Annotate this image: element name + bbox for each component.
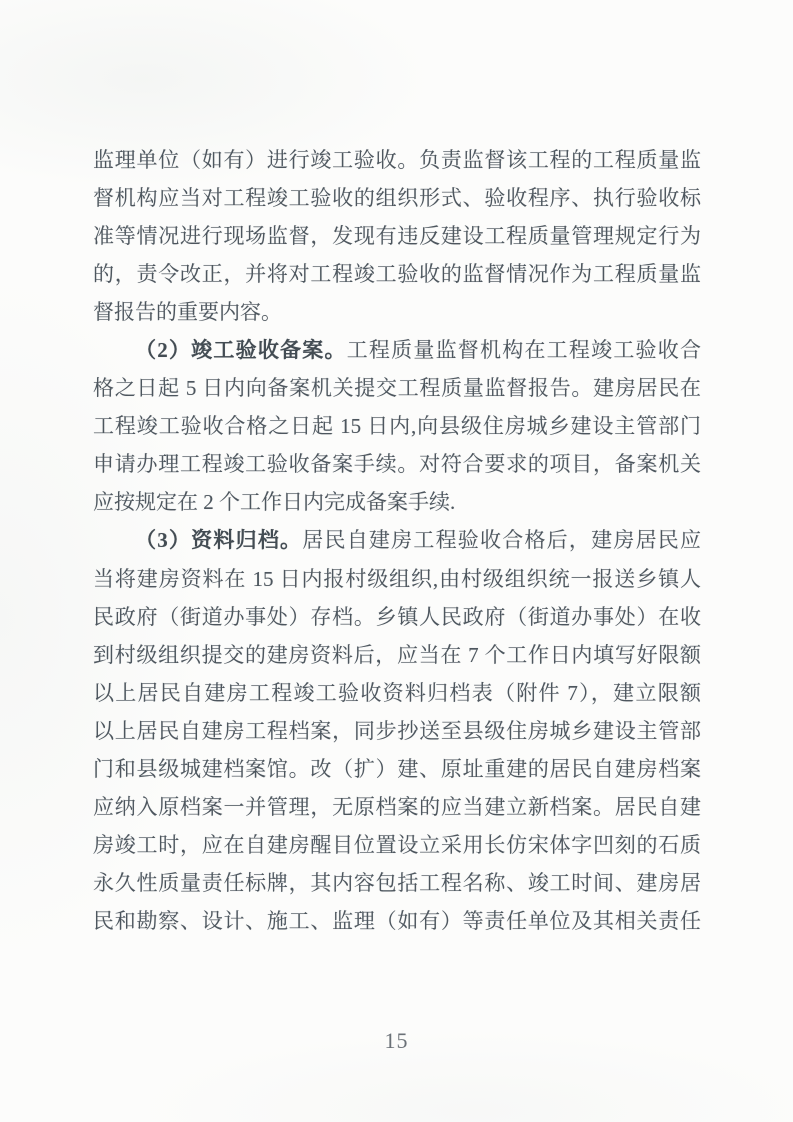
text-line: （2）竣工验收备案。工程质量监督机构在工程竣工验收合 xyxy=(93,331,701,369)
text-line: 民和勘察、设计、施工、监理（如有）等责任单位及其相关责任 xyxy=(93,902,701,940)
text-line: 监理单位（如有）进行竣工验收。负责监督该工程的工程质量监 xyxy=(93,141,701,179)
text-line: 到村级组织提交的建房资料后，应当在 7 个工作日内填写好限额 xyxy=(93,636,701,674)
text-line: 督报告的重要内容。 xyxy=(93,293,701,331)
body-text: 监理单位（如有）进行竣工验收。负责监督该工程的工程质量监督机构应当对工程竣工验收… xyxy=(93,141,701,940)
text-line: 应纳入原档案一并管理，无原档案的应当建立新档案。居民自建 xyxy=(93,788,701,826)
text-line: 当将建房资料在 15 日内报村级组织,由村级组织统一报送乡镇人 xyxy=(93,560,701,598)
text-line: 的，责令改正，并将对工程竣工验收的监督情况作为工程质量监 xyxy=(93,255,701,293)
text-line: （3）资料归档。居民自建房工程验收合格后，建房居民应 xyxy=(93,521,701,559)
paragraph-heading: （3）资料归档。 xyxy=(135,528,302,552)
paragraph-heading: （2）竣工验收备案。 xyxy=(135,338,347,362)
text-line: 民政府（街道办事处）存档。乡镇人民政府（街道办事处）在收 xyxy=(93,598,701,636)
text-line: 房竣工时，应在自建房醒目位置设立采用长仿宋体字凹刻的石质 xyxy=(93,826,701,864)
text-line: 以上居民自建房工程档案，同步抄送至县级住房城乡建设主管部 xyxy=(93,712,701,750)
text-line: 门和县级城建档案馆。改（扩）建、原址重建的居民自建房档案 xyxy=(93,750,701,788)
text-line: 申请办理工程竣工验收备案手续。对符合要求的项目，备案机关 xyxy=(93,445,701,483)
text-line: 永久性质量责任标牌，其内容包括工程名称、竣工时间、建房居 xyxy=(93,864,701,902)
page-number: 15 xyxy=(0,1026,793,1056)
text-line: 格之日起 5 日内向备案机关提交工程质量监督报告。建房居民在 xyxy=(93,369,701,407)
text-line: 应按规定在 2 个工作日内完成备案手续. xyxy=(93,483,701,521)
text-line: 准等情况进行现场监督，发现有违反建设工程质量管理规定行为 xyxy=(93,217,701,255)
text-line: 以上居民自建房工程竣工验收资料归档表（附件 7），建立限额 xyxy=(93,674,701,712)
text-line: 督机构应当对工程竣工验收的组织形式、验收程序、执行验收标 xyxy=(93,179,701,217)
document-page: 监理单位（如有）进行竣工验收。负责监督该工程的工程质量监督机构应当对工程竣工验收… xyxy=(0,0,793,1122)
text-line: 工程竣工验收合格之日起 15 日内,向县级住房城乡建设主管部门 xyxy=(93,407,701,445)
